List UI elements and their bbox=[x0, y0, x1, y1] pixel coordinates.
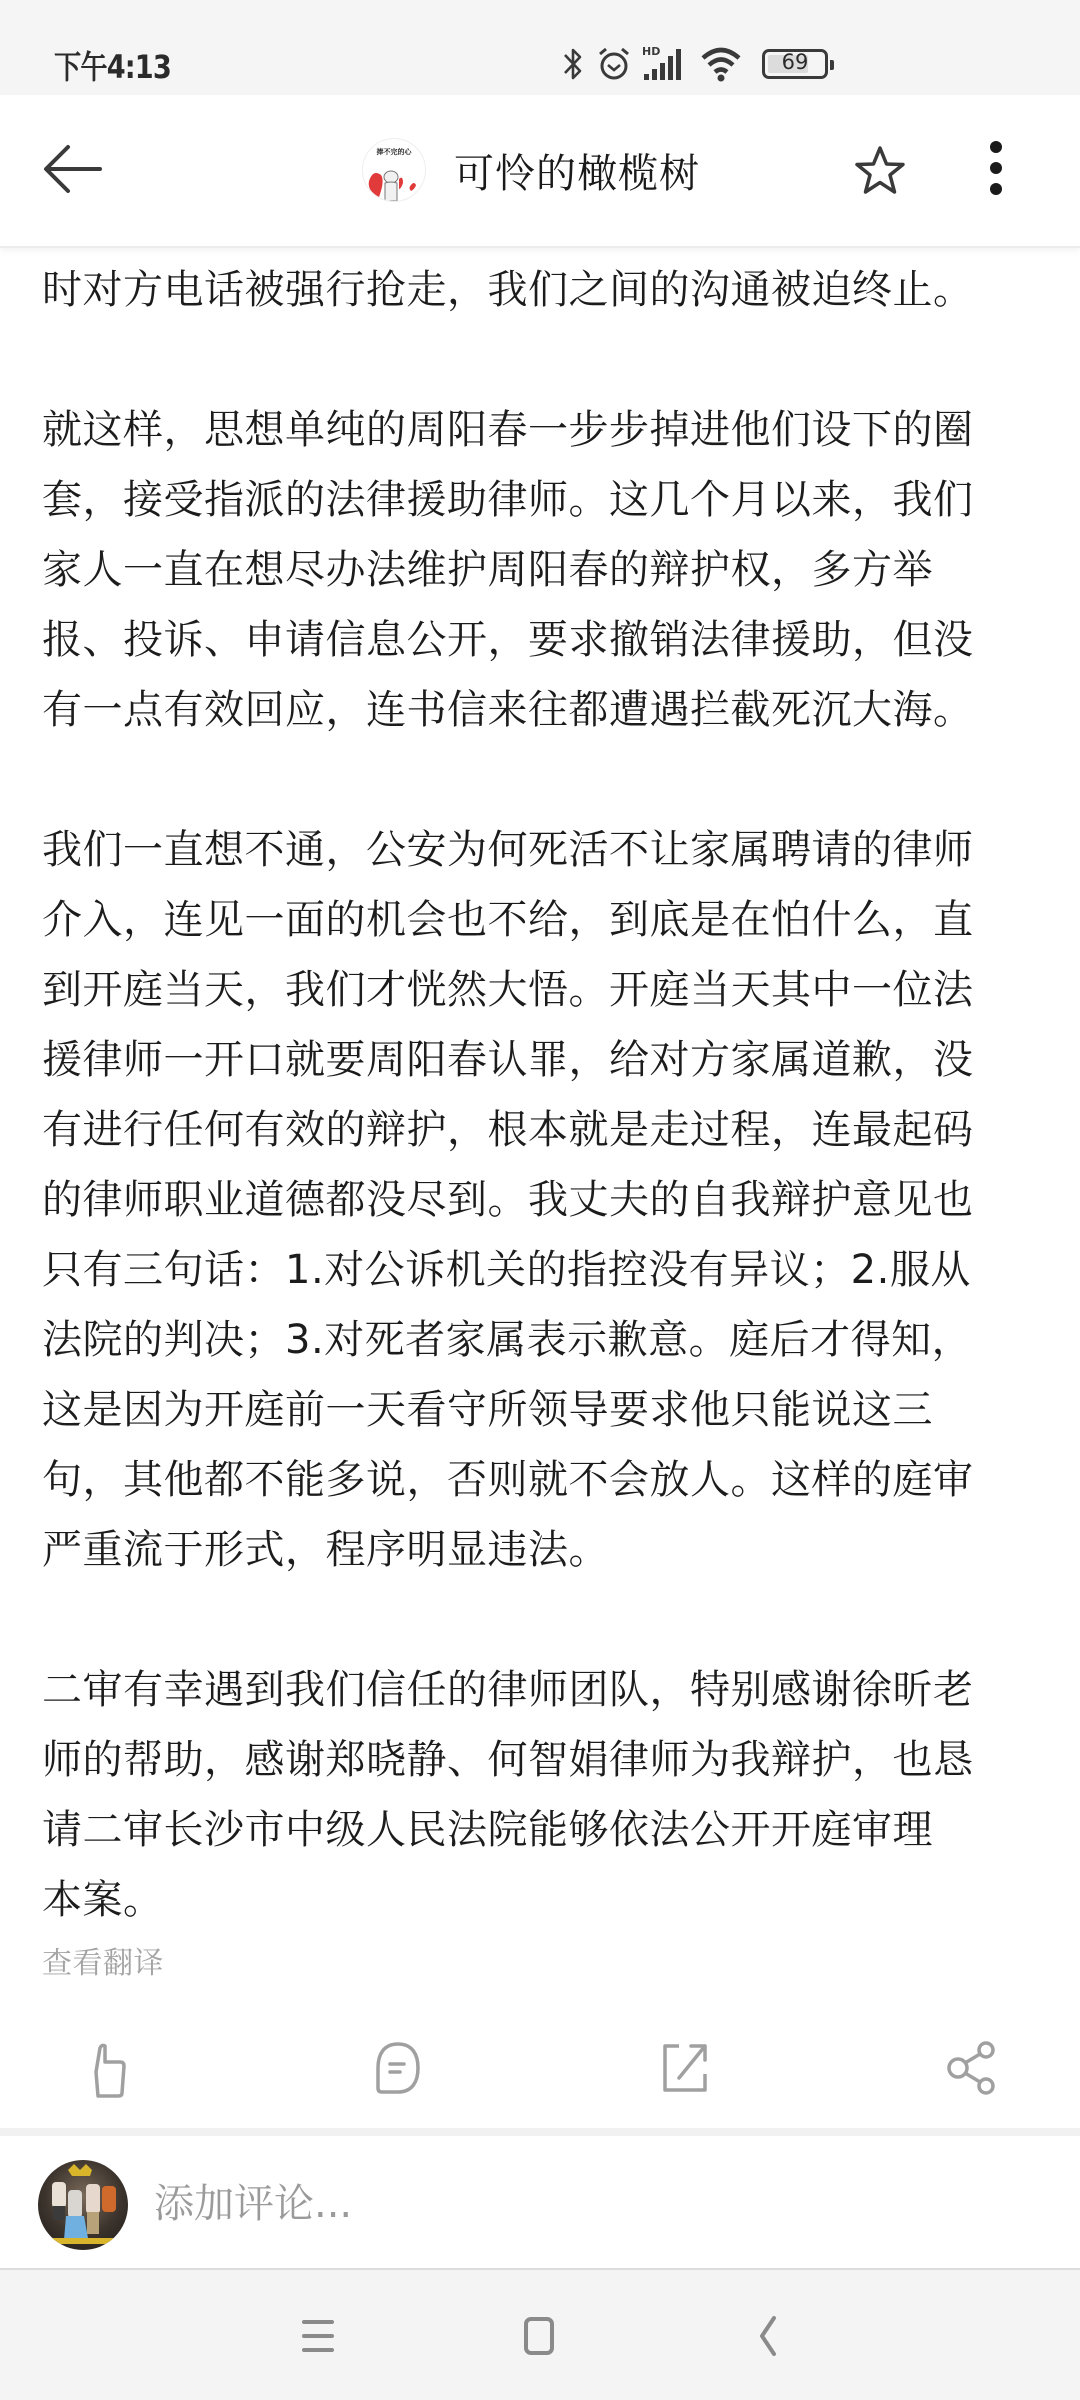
text-line: 就这样，思想单纯的周阳春一步步掉进他们设下的圈 bbox=[42, 395, 1052, 465]
wifi-icon bbox=[700, 44, 742, 84]
heart-figure-icon bbox=[363, 139, 426, 202]
author-profile[interactable]: 捧不完的心 可怜的橄榄树 bbox=[362, 135, 700, 205]
status-icons: HD 69 bbox=[560, 42, 828, 86]
avatar-photo bbox=[38, 2160, 128, 2250]
text-line: 援律师一开口就要周阳春认罪，给对方家属道歉，没 bbox=[42, 1025, 1052, 1095]
menu-icon bbox=[288, 2306, 348, 2366]
user-avatar[interactable] bbox=[38, 2160, 128, 2250]
comment-bar bbox=[0, 2136, 1080, 2270]
text-line: 到开庭当天，我们才恍然大悟。开庭当天其中一位法 bbox=[42, 955, 1052, 1025]
repost-button[interactable] bbox=[655, 2038, 715, 2098]
status-bar: 下午4:13 HD 69 bbox=[0, 0, 1080, 95]
article-body: 时对方电话被强行抢走，我们之间的沟通被迫终止。 就这样，思想单纯的周阳春一步步掉… bbox=[42, 255, 1052, 1935]
text-line: 请二审长沙市中级人民法院能够依法公开开庭审理 bbox=[42, 1795, 1052, 1865]
action-bar bbox=[0, 2020, 1080, 2120]
text-line: 有进行任何有效的辩护，根本就是走过程，连最起码 bbox=[42, 1095, 1052, 1165]
text-line: 套，接受指派的法律援助律师。这几个月以来，我们 bbox=[42, 465, 1052, 535]
comment-input[interactable] bbox=[154, 2166, 1034, 2242]
text-line: 只有三句话：1.对公诉机关的指控没有异议；2.服从 bbox=[42, 1235, 1052, 1305]
more-vertical-icon bbox=[990, 139, 1002, 195]
text-line: 有一点有效回应，连书信来往都遭遇拦截死沉大海。 bbox=[42, 675, 1052, 745]
text-line: 法院的判决；3.对死者家属表示歉意。庭后才得知， bbox=[42, 1305, 1052, 1375]
comment-bubble-icon bbox=[368, 2038, 428, 2098]
app-header: 捧不完的心 可怜的橄榄树 bbox=[0, 95, 1080, 248]
favorite-button[interactable] bbox=[852, 143, 908, 199]
back-button[interactable] bbox=[40, 139, 110, 199]
hd-signal-icon: HD bbox=[642, 44, 686, 84]
view-translation-link[interactable]: 查看翻译 bbox=[42, 1938, 164, 1982]
paragraph-4: 二审有幸遇到我们信任的律师团队，特别感谢徐昕老 师的帮助，感谢郑晓静、何智娟律师… bbox=[42, 1655, 1052, 1935]
text-line: 这是因为开庭前一天看守所领导要求他只能说这三 bbox=[42, 1375, 1052, 1445]
system-back-button[interactable] bbox=[738, 2306, 798, 2366]
text-line: 家人一直在想尽办法维护周阳春的辩护权，多方举 bbox=[42, 535, 1052, 605]
star-outline-icon bbox=[852, 143, 908, 199]
text-line: 的律师职业道德都没尽到。我丈夫的自我辩护意见也 bbox=[42, 1165, 1052, 1235]
like-button[interactable] bbox=[80, 2038, 140, 2098]
screen: 下午4:13 HD 69 bbox=[0, 0, 1080, 2400]
battery-icon: 69 bbox=[762, 49, 828, 79]
paragraph-2: 就这样，思想单纯的周阳春一步步掉进他们设下的圈 套，接受指派的法律援助律师。这几… bbox=[42, 395, 1052, 745]
text-line: 本案。 bbox=[42, 1865, 1052, 1935]
text-line: 时对方电话被强行抢走，我们之间的沟通被迫终止。 bbox=[42, 255, 1052, 325]
bluetooth-icon bbox=[560, 44, 586, 84]
more-options-button[interactable] bbox=[990, 139, 1002, 203]
thumbs-up-icon bbox=[80, 2038, 140, 2098]
share-nodes-icon bbox=[942, 2038, 1002, 2098]
text-line: 报、投诉、申请信息公开，要求撤销法律援助，但没 bbox=[42, 605, 1052, 675]
text-line: 我们一直想不通，公安为何死活不让家属聘请的律师 bbox=[42, 815, 1052, 885]
home-icon bbox=[508, 2306, 568, 2366]
external-share-icon bbox=[655, 2038, 715, 2098]
back-icon bbox=[738, 2306, 798, 2366]
paragraph-1: 时对方电话被强行抢走，我们之间的沟通被迫终止。 bbox=[42, 255, 1052, 325]
text-line: 二审有幸遇到我们信任的律师团队，特别感谢徐昕老 bbox=[42, 1655, 1052, 1725]
alarm-icon bbox=[596, 44, 632, 84]
paragraph-3: 我们一直想不通，公安为何死活不让家属聘请的律师 介入，连见一面的机会也不给，到底… bbox=[42, 815, 1052, 1585]
author-avatar[interactable]: 捧不完的心 bbox=[362, 138, 426, 202]
recent-apps-button[interactable] bbox=[288, 2306, 348, 2366]
text-line: 句，其他都不能多说，否则就不会放人。这样的庭审 bbox=[42, 1445, 1052, 1515]
share-button[interactable] bbox=[942, 2038, 1002, 2098]
system-nav-bar bbox=[0, 2270, 1080, 2400]
arrow-left-icon bbox=[40, 139, 110, 199]
home-button[interactable] bbox=[508, 2306, 568, 2366]
battery-level: 69 bbox=[765, 50, 825, 74]
page-title: 可怜的橄榄树 bbox=[454, 142, 700, 199]
comment-button[interactable] bbox=[368, 2038, 428, 2098]
status-time: 下午4:13 bbox=[54, 42, 171, 88]
divider bbox=[0, 2128, 1080, 2136]
text-line: 介入，连见一面的机会也不给，到底是在怕什么，直 bbox=[42, 885, 1052, 955]
text-line: 严重流于形式，程序明显违法。 bbox=[42, 1515, 1052, 1585]
text-line: 师的帮助，感谢郑晓静、何智娟律师为我辩护，也恳 bbox=[42, 1725, 1052, 1795]
svg-text:HD: HD bbox=[642, 45, 660, 58]
